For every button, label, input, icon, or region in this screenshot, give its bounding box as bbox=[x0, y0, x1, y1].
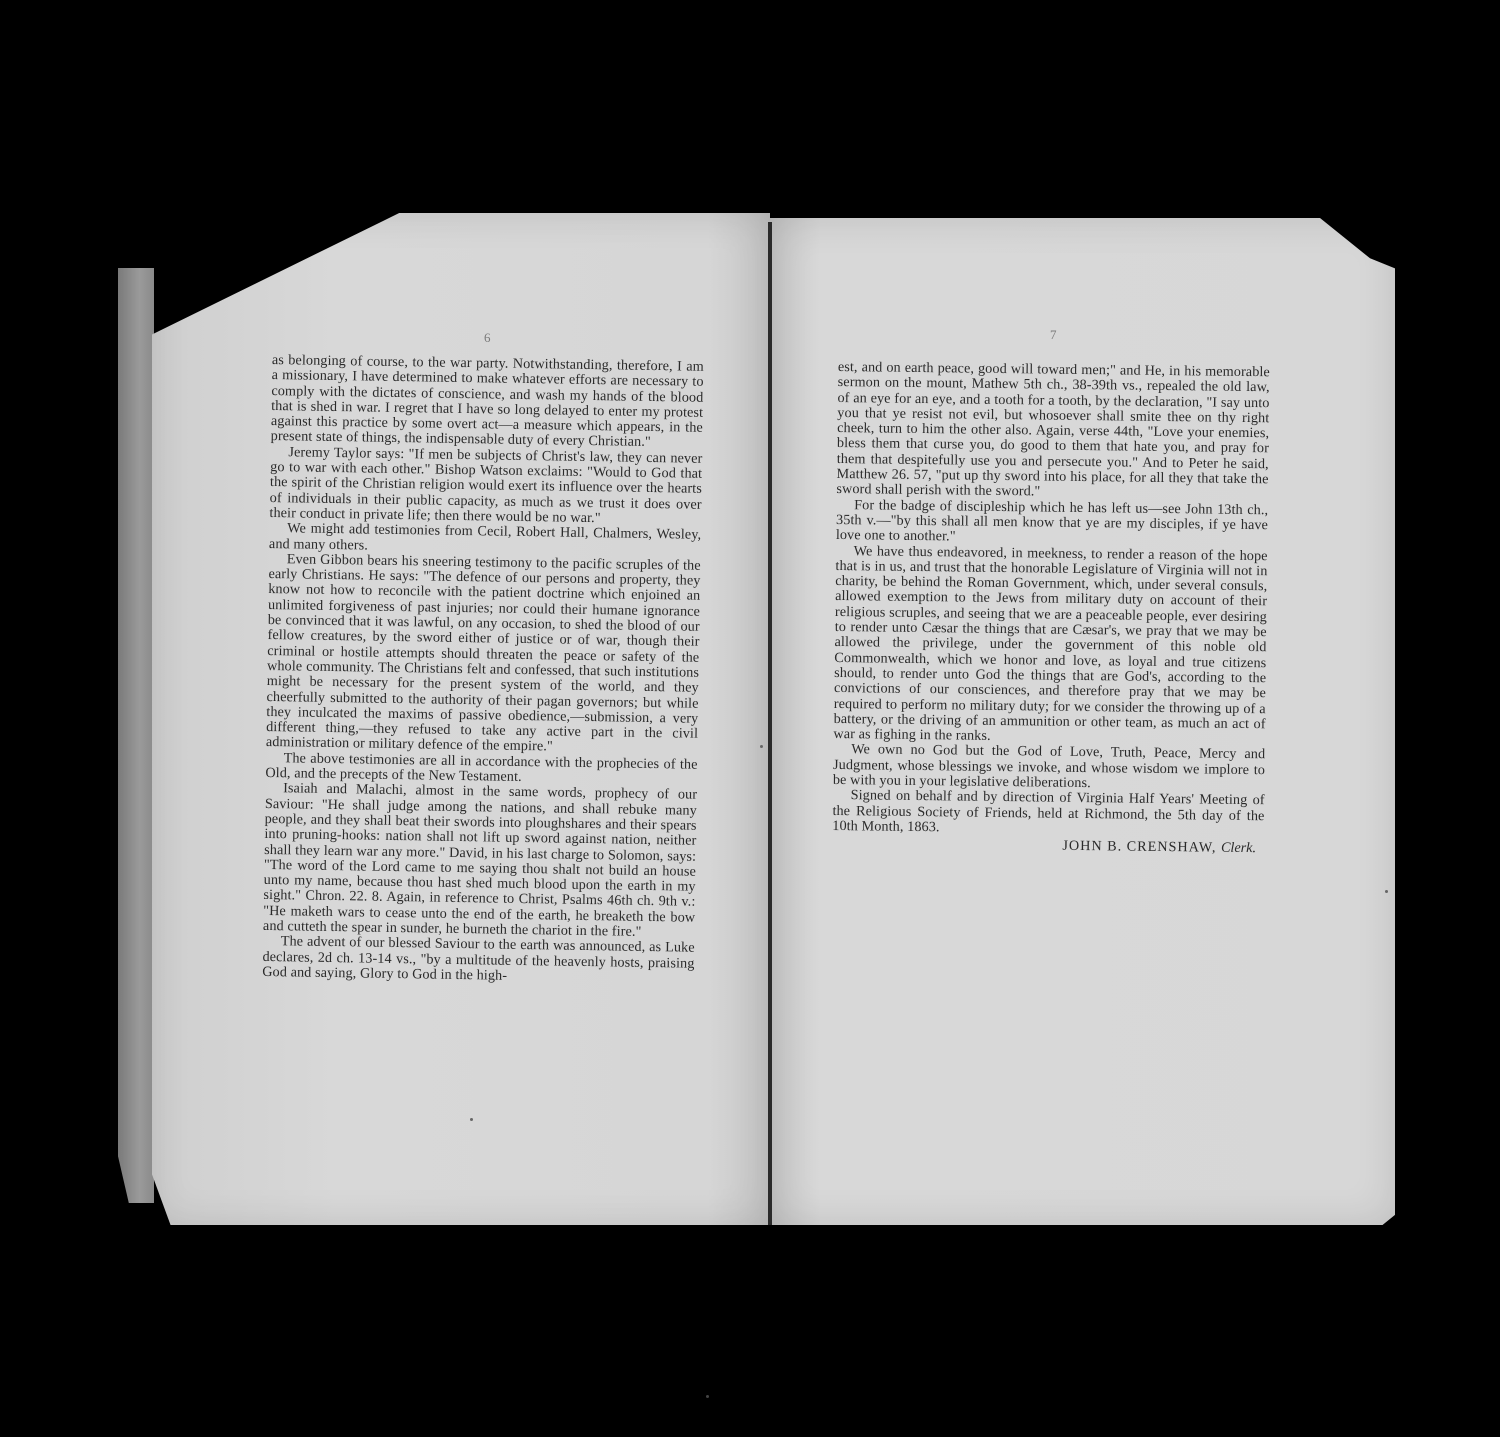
left-page-number: 6 bbox=[484, 330, 491, 346]
signature-role: Clerk. bbox=[1221, 840, 1256, 856]
paper-speck bbox=[760, 745, 763, 748]
signature-name: JOHN B. CRENSHAW, bbox=[1062, 838, 1216, 856]
paragraph: Signed on behalf and by direction of Vir… bbox=[832, 788, 1265, 839]
page-gutter bbox=[768, 222, 772, 1225]
left-page-text: as belonging of course, to the war party… bbox=[262, 353, 704, 987]
paper-speck bbox=[470, 1118, 473, 1121]
scan-speck bbox=[706, 1395, 709, 1398]
paragraph: Isaiah and Malachi, almost in the same w… bbox=[263, 781, 697, 941]
book-spine-edge bbox=[118, 268, 154, 1203]
paper-speck bbox=[1385, 890, 1388, 893]
paragraph: The advent of our blessed Saviour to the… bbox=[262, 934, 695, 987]
paragraph: For the badge of discipleship which he h… bbox=[836, 498, 1269, 549]
paragraph: est, and on earth peace, good will towar… bbox=[836, 360, 1270, 503]
right-page-text: est, and on earth peace, good will towar… bbox=[832, 360, 1270, 857]
right-page-number: 7 bbox=[1050, 327, 1057, 343]
paragraph: as belonging of course, to the war party… bbox=[271, 353, 704, 452]
paragraph: We have thus endeavored, in meekness, to… bbox=[833, 544, 1267, 748]
paragraph: We own no God but the God of Love, Truth… bbox=[833, 742, 1266, 793]
paragraph: Jeremy Taylor says: "If men be subjects … bbox=[269, 445, 702, 528]
paragraph: Even Gibbon bears his sneering testimony… bbox=[266, 552, 701, 758]
